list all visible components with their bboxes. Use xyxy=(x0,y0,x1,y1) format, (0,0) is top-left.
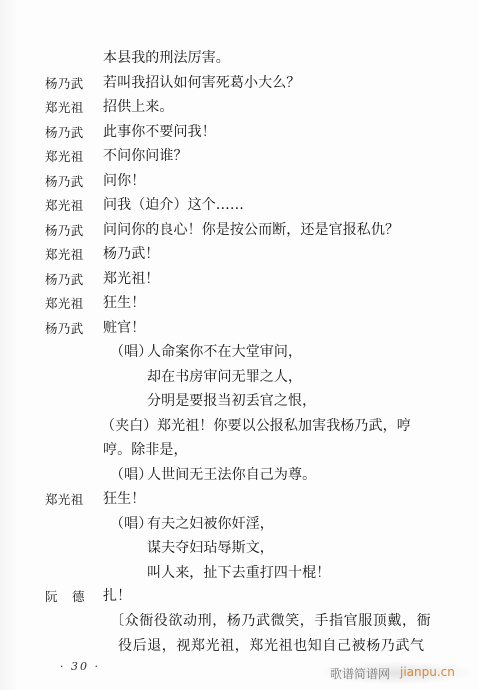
dialogue-text: 若叫我招认如何害死葛小大么？ xyxy=(103,75,300,91)
lyric-line: 人命案你不在大堂审问， xyxy=(147,344,302,360)
stage-cue-sing: （唱） xyxy=(110,516,152,532)
lyric-line: 有夫之妇被你奸淫， xyxy=(147,516,274,532)
dialogue-text: 此事你不要问我！ xyxy=(103,124,216,140)
page-number: · 30 · xyxy=(60,660,100,673)
speaker-name: 杨乃武 xyxy=(45,223,84,239)
lyric-line: 谋夫夺妇玷辱斯文， xyxy=(147,540,274,556)
lyric-line: 分明是要报当初丢官之恨， xyxy=(147,393,316,409)
stage-cue-sing: （唱） xyxy=(110,467,152,483)
speaker-name: 郑光祖 xyxy=(45,149,84,165)
dialogue-text: 杨乃武！ xyxy=(103,246,159,262)
speaker-name: 杨乃武 xyxy=(45,76,84,92)
speaker-name: 杨乃武 xyxy=(45,321,84,337)
dialogue-text: 不问你问谁？ xyxy=(103,148,188,164)
dialogue-text: 狂生！ xyxy=(103,491,145,507)
dialogue-text: 狂生！ xyxy=(103,295,145,311)
speaker-name: 杨乃武 xyxy=(45,174,84,190)
dialogue-text: 招供上来。 xyxy=(103,99,174,115)
stage-cue-sing: （唱） xyxy=(110,344,152,360)
dialogue-text: 扎！ xyxy=(103,588,131,604)
speaker-name: 德 xyxy=(72,589,85,605)
speaker-name: 郑光祖 xyxy=(45,247,84,263)
speaker-name: 杨乃武 xyxy=(45,125,84,141)
stage-cue-aside: （夹白） xyxy=(101,418,157,434)
speaker-name: 阮 xyxy=(45,589,58,605)
dialogue-text: 郑光祖！ xyxy=(103,271,159,287)
stage-direction: 役后退，视郑光祖，郑光祖也知自己被杨乃武气 xyxy=(118,638,425,654)
speaker-name: 郑光祖 xyxy=(45,100,84,116)
speaker-name: 郑光祖 xyxy=(45,492,84,508)
dialogue-text: 郑光祖！你要以公报私加害我杨乃武，哼 xyxy=(157,418,411,434)
stage-direction: 〔众衙役欲动刑，杨乃武微笑，手指官服顶戴，衙 xyxy=(110,613,431,629)
lyric-line: 叫人来，扯下去重打四十棍！ xyxy=(147,565,330,581)
watermark-site-name: 歌谱简谱网 xyxy=(330,665,390,682)
lyric-line: 人世间无王法你自己为尊。 xyxy=(147,467,316,483)
dialogue-text: 赃官！ xyxy=(103,320,145,336)
dialogue-text: 问我（迫介）这个…… xyxy=(103,197,244,213)
dialogue-text: 问你！ xyxy=(103,173,145,189)
speaker-name: 郑光祖 xyxy=(45,296,84,312)
lyric-line: 却在书房审问无罪之人， xyxy=(147,369,302,385)
dialogue-text: 问问你的良心！你是按公而断，还是官报私仇？ xyxy=(103,222,399,238)
watermark-domain: jianpu.cn xyxy=(400,665,455,679)
dialogue-continuation: 本县我的刑法厉害。 xyxy=(103,50,230,66)
dialogue-continuation: 哼。除非是， xyxy=(103,442,188,458)
speaker-name: 郑光祖 xyxy=(45,198,84,214)
speaker-name: 杨乃武 xyxy=(45,272,84,288)
